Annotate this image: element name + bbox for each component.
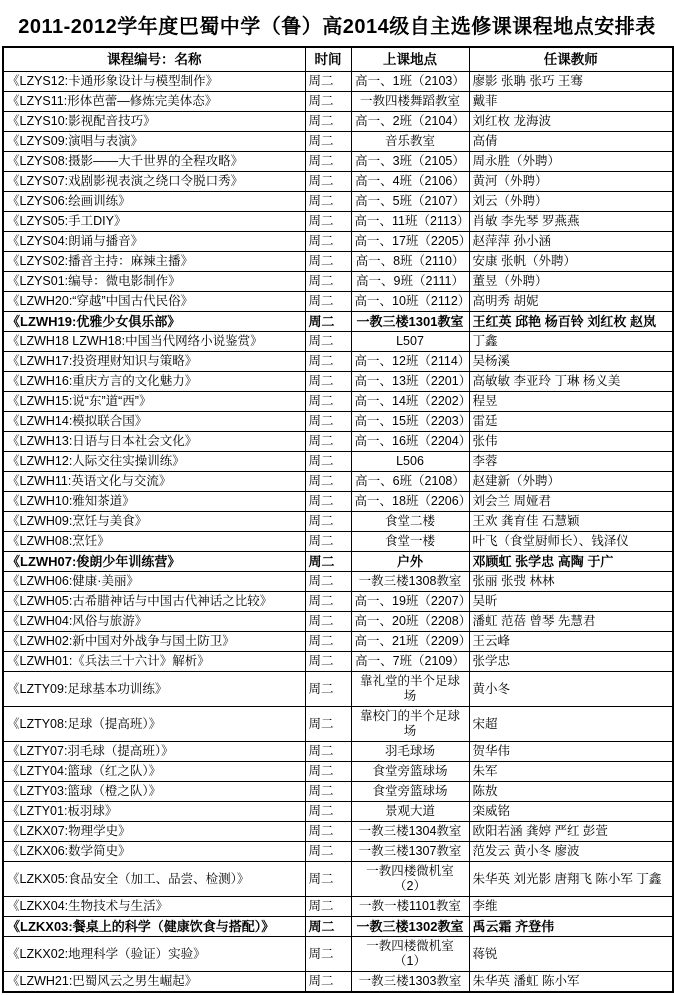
table-row: 《LZWH21:巴蜀风云之男生崛起》周二一教三楼1303教室朱华英 潘虹 陈小军	[3, 972, 673, 993]
course-location-cell: 高一、21班（2209）	[351, 632, 469, 652]
course-time-cell: 周二	[305, 172, 351, 192]
course-teachers-cell: 刘云（外聘）	[469, 192, 673, 212]
course-location-cell: 高一、6班（2108）	[351, 472, 469, 492]
course-location-cell: 羽毛球场	[351, 742, 469, 762]
course-teachers-cell: 周永胜（外聘）	[469, 152, 673, 172]
course-name-cell: 《LZYS09:演唱与表演》	[3, 132, 305, 152]
course-time-cell: 周二	[305, 312, 351, 332]
course-location-cell: 高一、10班（2112）	[351, 292, 469, 312]
course-name-cell: 《LZWH15:说“东”道“西”》	[3, 392, 305, 412]
course-time-cell: 周二	[305, 572, 351, 592]
table-row: 《LZWH04:风俗与旅游》周二高一、20班（2208）潘虹 范蓓 曾琴 先慧君	[3, 612, 673, 632]
course-teachers-cell: 雷廷	[469, 412, 673, 432]
course-location-cell: 户外	[351, 552, 469, 572]
course-time-cell: 周二	[305, 92, 351, 112]
course-name-cell: 《LZKX04:生物技术与生活》	[3, 897, 305, 917]
table-row: 《LZYS07:戏剧影视表演之绕口令脱口秀》周二高一、4班（2106）黄河（外聘…	[3, 172, 673, 192]
course-location-cell: 靠校门的半个足球场	[351, 707, 469, 742]
course-location-cell: 高一、5班（2107）	[351, 192, 469, 212]
table-row: 《LZKX02:地理科学（验证）实验》周二一教四楼微机室（1）蒋锐	[3, 937, 673, 972]
course-name-cell: 《LZWH04:风俗与旅游》	[3, 612, 305, 632]
table-row: 《LZWH01:《兵法三十六计》解析》周二高一、7班（2109）张学忠	[3, 652, 673, 672]
course-time-cell: 周二	[305, 862, 351, 897]
header-location: 上课地点	[351, 47, 469, 72]
course-location-cell: 高一、13班（2201）	[351, 372, 469, 392]
course-teachers-cell: 程昱	[469, 392, 673, 412]
course-teachers-cell: 王欢 龚育佳 石慧颖	[469, 512, 673, 532]
table-row: 《LZKX03:餐桌上的科学（健康饮食与搭配）》周二一教三楼1302教室禹云霜 …	[3, 917, 673, 937]
course-name-cell: 《LZWH02:新中国对外战争与国土防卫》	[3, 632, 305, 652]
table-row: 《LZTY01:板羽球》周二景观大道栾威铭	[3, 802, 673, 822]
course-location-cell: 高一、12班（2114）	[351, 352, 469, 372]
table-row: 《LZYS06:绘画训练》周二高一、5班（2107）刘云（外聘）	[3, 192, 673, 212]
course-teachers-cell: 赵萍萍 孙小涵	[469, 232, 673, 252]
course-location-cell: 高一、11班（2113）	[351, 212, 469, 232]
course-name-cell: 《LZYS05:手工DIY》	[3, 212, 305, 232]
course-name-cell: 《LZTY08:足球（提高班）》	[3, 707, 305, 742]
course-teachers-cell: 贺华伟	[469, 742, 673, 762]
table-row: 《LZWH17:投资理财知识与策略》周二高一、12班（2114）吴杨溪	[3, 352, 673, 372]
course-location-cell: 高一、16班（2204）	[351, 432, 469, 452]
table-row: 《LZYS05:手工DIY》周二高一、11班（2113）肖敏 李先琴 罗燕燕	[3, 212, 673, 232]
course-location-cell: 食堂一楼	[351, 532, 469, 552]
course-time-cell: 周二	[305, 552, 351, 572]
course-time-cell: 周二	[305, 212, 351, 232]
course-teachers-cell: 朱华英 潘虹 陈小军	[469, 972, 673, 993]
course-teachers-cell: 潘虹 范蓓 曾琴 先慧君	[469, 612, 673, 632]
course-location-cell: 一教三楼1303教室	[351, 972, 469, 993]
course-location-cell: 高一、9班（2111）	[351, 272, 469, 292]
course-teachers-cell: 张丽 张弢 林林	[469, 572, 673, 592]
table-row: 《LZWH07:俊朗少年训练营》周二户外邓顾虹 张学忠 高陶 于广	[3, 552, 673, 572]
course-name-cell: 《LZYS07:戏剧影视表演之绕口令脱口秀》	[3, 172, 305, 192]
course-location-cell: 高一、18班（2206）	[351, 492, 469, 512]
course-name-cell: 《LZTY07:羽毛球（提高班）》	[3, 742, 305, 762]
table-row: 《LZWH15:说“东”道“西”》周二高一、14班（2202）程昱	[3, 392, 673, 412]
course-name-cell: 《LZWH19:优雅少女俱乐部》	[3, 312, 305, 332]
course-time-cell: 周二	[305, 412, 351, 432]
header-row: 课程编号：名称 时间 上课地点 任课教师	[3, 47, 673, 72]
course-location-cell: 高一、4班（2106）	[351, 172, 469, 192]
table-row: 《LZWH20:“穿越”中国古代民俗》周二高一、10班（2112）高明秀 胡妮	[3, 292, 673, 312]
course-name-cell: 《LZWH06:健康·美丽》	[3, 572, 305, 592]
course-time-cell: 周二	[305, 742, 351, 762]
course-time-cell: 周二	[305, 592, 351, 612]
course-location-cell: 靠礼堂的半个足球场	[351, 672, 469, 707]
course-name-cell: 《LZKX07:物理学史》	[3, 822, 305, 842]
course-location-cell: 高一、7班（2109）	[351, 652, 469, 672]
table-row: 《LZYS08:摄影——大千世界的全程攻略》周二高一、3班（2105）周永胜（外…	[3, 152, 673, 172]
course-name-cell: 《LZWH18 LZWH18:中国当代网络小说鉴赏》	[3, 332, 305, 352]
course-teachers-cell: 王红英 邱艳 杨百铃 刘红枚 赵岚	[469, 312, 673, 332]
course-teachers-cell: 朱军	[469, 762, 673, 782]
course-time-cell: 周二	[305, 917, 351, 937]
table-row: 《LZWH14:模拟联合国》周二高一、15班（2203）雷廷	[3, 412, 673, 432]
table-row: 《LZWH02:新中国对外战争与国土防卫》周二高一、21班（2209）王云峰	[3, 632, 673, 652]
course-location-cell: 食堂旁篮球场	[351, 762, 469, 782]
header-time: 时间	[305, 47, 351, 72]
course-teachers-cell: 张伟	[469, 432, 673, 452]
course-location-cell: 高一、1班（2103）	[351, 72, 469, 92]
course-teachers-cell: 高明秀 胡妮	[469, 292, 673, 312]
table-row: 《LZYS01:编导：微电影制作》周二高一、9班（2111）董昱（外聘）	[3, 272, 673, 292]
course-time-cell: 周二	[305, 452, 351, 472]
course-time-cell: 周二	[305, 972, 351, 993]
course-teachers-cell: 李维	[469, 897, 673, 917]
course-location-cell: 高一、3班（2105）	[351, 152, 469, 172]
course-name-cell: 《LZYS11:形体芭蕾—修炼完美体态》	[3, 92, 305, 112]
course-time-cell: 周二	[305, 72, 351, 92]
table-row: 《LZWH08:烹饪》周二食堂一楼叶飞（食堂厨师长）、钱泽仪	[3, 532, 673, 552]
table-row: 《LZWH12:人际交往实操训练》周二L506李蓉	[3, 452, 673, 472]
course-time-cell: 周二	[305, 802, 351, 822]
course-teachers-cell: 丁鑫	[469, 332, 673, 352]
course-teachers-cell: 廖影 张聃 张巧 王骞	[469, 72, 673, 92]
table-row: 《LZYS04:朗诵与播音》周二高一、17班（2205）赵萍萍 孙小涵	[3, 232, 673, 252]
course-teachers-cell: 陈敖	[469, 782, 673, 802]
course-name-cell: 《LZKX02:地理科学（验证）实验》	[3, 937, 305, 972]
course-name-cell: 《LZWH12:人际交往实操训练》	[3, 452, 305, 472]
course-location-cell: 一教四楼微机室（2）	[351, 862, 469, 897]
course-time-cell: 周二	[305, 372, 351, 392]
table-row: 《LZTY07:羽毛球（提高班）》周二羽毛球场贺华伟	[3, 742, 673, 762]
course-time-cell: 周二	[305, 352, 351, 372]
course-teachers-cell: 叶飞（食堂厨师长）、钱泽仪	[469, 532, 673, 552]
course-table: 课程编号：名称 时间 上课地点 任课教师 《LZYS12:卡通形象设计与模型制作…	[2, 46, 674, 993]
table-header: 课程编号：名称 时间 上课地点 任课教师	[3, 47, 673, 72]
course-location-cell: 一教三楼1307教室	[351, 842, 469, 862]
table-row: 《LZWH16:重庆方言的文化魅力》周二高一、13班（2201）高敏敏 李亚玲 …	[3, 372, 673, 392]
course-name-cell: 《LZWH17:投资理财知识与策略》	[3, 352, 305, 372]
course-name-cell: 《LZWH07:俊朗少年训练营》	[3, 552, 305, 572]
course-location-cell: 一教三楼1301教室	[351, 312, 469, 332]
course-teachers-cell: 黄河（外聘）	[469, 172, 673, 192]
course-location-cell: 一教一楼1101教室	[351, 897, 469, 917]
course-time-cell: 周二	[305, 897, 351, 917]
course-time-cell: 周二	[305, 707, 351, 742]
course-teachers-cell: 黄小冬	[469, 672, 673, 707]
table-row: 《LZYS02:播音主持：麻辣主播》周二高一、8班（2110）安康 张帆（外聘）	[3, 252, 673, 272]
course-time-cell: 周二	[305, 152, 351, 172]
course-teachers-cell: 李蓉	[469, 452, 673, 472]
table-row: 《LZYS09:演唱与表演》周二音乐教室高倩	[3, 132, 673, 152]
course-time-cell: 周二	[305, 192, 351, 212]
course-teachers-cell: 王云峰	[469, 632, 673, 652]
course-location-cell: 高一、8班（2110）	[351, 252, 469, 272]
course-teachers-cell: 肖敏 李先琴 罗燕燕	[469, 212, 673, 232]
table-row: 《LZKX06:数学简史》周二一教三楼1307教室范发云 黄小冬 廖波	[3, 842, 673, 862]
course-time-cell: 周二	[305, 112, 351, 132]
table-row: 《LZTY08:足球（提高班）》周二靠校门的半个足球场宋超	[3, 707, 673, 742]
table-row: 《LZKX07:物理学史》周二一教三楼1304教室欧阳若涵 龚婷 严红 彭萱	[3, 822, 673, 842]
table-row: 《LZWH13:日语与日本社会文化》周二高一、16班（2204）张伟	[3, 432, 673, 452]
course-name-cell: 《LZWH16:重庆方言的文化魅力》	[3, 372, 305, 392]
course-location-cell: 一教四楼舞蹈教室	[351, 92, 469, 112]
course-teachers-cell: 刘红枚 龙海波	[469, 112, 673, 132]
course-location-cell: 高一、14班（2202）	[351, 392, 469, 412]
course-location-cell: L506	[351, 452, 469, 472]
course-location-cell: 一教三楼1308教室	[351, 572, 469, 592]
course-teachers-cell: 宋超	[469, 707, 673, 742]
course-teachers-cell: 欧阳若涵 龚婷 严红 彭萱	[469, 822, 673, 842]
course-time-cell: 周二	[305, 937, 351, 972]
course-name-cell: 《LZWH11:英语文化与交流》	[3, 472, 305, 492]
table-row: 《LZTY04:篮球（红之队）》周二食堂旁篮球场朱军	[3, 762, 673, 782]
course-location-cell: 高一、2班（2104）	[351, 112, 469, 132]
course-teachers-cell: 吴杨溪	[469, 352, 673, 372]
course-name-cell: 《LZTY04:篮球（红之队）》	[3, 762, 305, 782]
course-name-cell: 《LZKX03:餐桌上的科学（健康饮食与搭配）》	[3, 917, 305, 937]
course-location-cell: 食堂旁篮球场	[351, 782, 469, 802]
course-time-cell: 周二	[305, 652, 351, 672]
course-teachers-cell: 栾威铭	[469, 802, 673, 822]
course-time-cell: 周二	[305, 332, 351, 352]
table-row: 《LZYS10:影视配音技巧》周二高一、2班（2104）刘红枚 龙海波	[3, 112, 673, 132]
table-row: 《LZTY03:篮球（橙之队）》周二食堂旁篮球场陈敖	[3, 782, 673, 802]
course-time-cell: 周二	[305, 762, 351, 782]
course-teachers-cell: 邓顾虹 张学忠 高陶 于广	[469, 552, 673, 572]
course-time-cell: 周二	[305, 532, 351, 552]
course-name-cell: 《LZWH09:烹饪与美食》	[3, 512, 305, 532]
course-time-cell: 周二	[305, 272, 351, 292]
course-schedule-document: 2011-2012学年度巴蜀中学（鲁）高2014级自主选修课课程地点安排表 课程…	[0, 0, 674, 995]
table-body: 《LZYS12:卡通形象设计与模型制作》周二高一、1班（2103）廖影 张聃 张…	[3, 72, 673, 993]
course-time-cell: 周二	[305, 392, 351, 412]
table-row: 《LZKX04:生物技术与生活》周二一教一楼1101教室李维	[3, 897, 673, 917]
course-name-cell: 《LZWH14:模拟联合国》	[3, 412, 305, 432]
course-location-cell: 高一、19班（2207）	[351, 592, 469, 612]
course-name-cell: 《LZYS06:绘画训练》	[3, 192, 305, 212]
course-name-cell: 《LZTY03:篮球（橙之队）》	[3, 782, 305, 802]
course-time-cell: 周二	[305, 842, 351, 862]
course-teachers-cell: 高倩	[469, 132, 673, 152]
table-row: 《LZWH19:优雅少女俱乐部》周二一教三楼1301教室王红英 邱艳 杨百铃 刘…	[3, 312, 673, 332]
course-location-cell: 高一、17班（2205）	[351, 232, 469, 252]
course-name-cell: 《LZWH21:巴蜀风云之男生崛起》	[3, 972, 305, 993]
course-time-cell: 周二	[305, 822, 351, 842]
course-name-cell: 《LZWH08:烹饪》	[3, 532, 305, 552]
course-name-cell: 《LZWH13:日语与日本社会文化》	[3, 432, 305, 452]
course-name-cell: 《LZYS12:卡通形象设计与模型制作》	[3, 72, 305, 92]
header-teacher: 任课教师	[469, 47, 673, 72]
course-teachers-cell: 董昱（外聘）	[469, 272, 673, 292]
table-row: 《LZWH09:烹饪与美食》周二食堂二楼王欢 龚育佳 石慧颖	[3, 512, 673, 532]
course-name-cell: 《LZYS01:编导：微电影制作》	[3, 272, 305, 292]
course-teachers-cell: 蒋锐	[469, 937, 673, 972]
course-time-cell: 周二	[305, 472, 351, 492]
course-name-cell: 《LZYS04:朗诵与播音》	[3, 232, 305, 252]
course-name-cell: 《LZKX05:食品安全（加工、品尝、检测）》	[3, 862, 305, 897]
course-location-cell: 食堂二楼	[351, 512, 469, 532]
course-teachers-cell: 安康 张帆（外聘）	[469, 252, 673, 272]
course-time-cell: 周二	[305, 512, 351, 532]
table-row: 《LZYS12:卡通形象设计与模型制作》周二高一、1班（2103）廖影 张聃 张…	[3, 72, 673, 92]
course-location-cell: 高一、15班（2203）	[351, 412, 469, 432]
course-name-cell: 《LZKX06:数学简史》	[3, 842, 305, 862]
course-location-cell: 音乐教室	[351, 132, 469, 152]
course-location-cell: 一教三楼1302教室	[351, 917, 469, 937]
course-location-cell: 高一、20班（2208）	[351, 612, 469, 632]
course-teachers-cell: 高敏敏 李亚玲 丁琳 杨义美	[469, 372, 673, 392]
course-name-cell: 《LZYS10:影视配音技巧》	[3, 112, 305, 132]
course-name-cell: 《LZTY09:足球基本功训练》	[3, 672, 305, 707]
course-teachers-cell: 吴昕	[469, 592, 673, 612]
course-teachers-cell: 赵建新（外聘）	[469, 472, 673, 492]
course-name-cell: 《LZWH01:《兵法三十六计》解析》	[3, 652, 305, 672]
course-time-cell: 周二	[305, 432, 351, 452]
course-time-cell: 周二	[305, 292, 351, 312]
table-row: 《LZWH18 LZWH18:中国当代网络小说鉴赏》周二L507丁鑫	[3, 332, 673, 352]
course-time-cell: 周二	[305, 492, 351, 512]
course-time-cell: 周二	[305, 672, 351, 707]
course-teachers-cell: 戴菲	[469, 92, 673, 112]
course-location-cell: 景观大道	[351, 802, 469, 822]
course-name-cell: 《LZTY01:板羽球》	[3, 802, 305, 822]
table-row: 《LZYS11:形体芭蕾—修炼完美体态》周二一教四楼舞蹈教室戴菲	[3, 92, 673, 112]
course-time-cell: 周二	[305, 612, 351, 632]
course-teachers-cell: 张学忠	[469, 652, 673, 672]
course-location-cell: L507	[351, 332, 469, 352]
table-row: 《LZKX05:食品安全（加工、品尝、检测）》周二一教四楼微机室（2）朱华英 刘…	[3, 862, 673, 897]
table-row: 《LZTY09:足球基本功训练》周二靠礼堂的半个足球场黄小冬	[3, 672, 673, 707]
course-teachers-cell: 禹云霜 齐登伟	[469, 917, 673, 937]
course-time-cell: 周二	[305, 132, 351, 152]
table-row: 《LZWH06:健康·美丽》周二一教三楼1308教室张丽 张弢 林林	[3, 572, 673, 592]
header-course-name: 课程编号：名称	[3, 47, 305, 72]
course-name-cell: 《LZYS02:播音主持：麻辣主播》	[3, 252, 305, 272]
course-time-cell: 周二	[305, 252, 351, 272]
table-row: 《LZWH11:英语文化与交流》周二高一、6班（2108）赵建新（外聘）	[3, 472, 673, 492]
course-teachers-cell: 刘会兰 周娅君	[469, 492, 673, 512]
course-time-cell: 周二	[305, 232, 351, 252]
course-name-cell: 《LZWH20:“穿越”中国古代民俗》	[3, 292, 305, 312]
course-teachers-cell: 范发云 黄小冬 廖波	[469, 842, 673, 862]
table-row: 《LZWH10:雅知茶道》周二高一、18班（2206）刘会兰 周娅君	[3, 492, 673, 512]
course-location-cell: 一教四楼微机室（1）	[351, 937, 469, 972]
course-time-cell: 周二	[305, 782, 351, 802]
course-name-cell: 《LZYS08:摄影——大千世界的全程攻略》	[3, 152, 305, 172]
course-name-cell: 《LZWH10:雅知茶道》	[3, 492, 305, 512]
course-location-cell: 一教三楼1304教室	[351, 822, 469, 842]
course-teachers-cell: 朱华英 刘光影 唐翔飞 陈小军 丁鑫	[469, 862, 673, 897]
page-title: 2011-2012学年度巴蜀中学（鲁）高2014级自主选修课课程地点安排表	[2, 10, 672, 39]
course-time-cell: 周二	[305, 632, 351, 652]
course-name-cell: 《LZWH05:古希腊神话与中国古代神话之比较》	[3, 592, 305, 612]
table-row: 《LZWH05:古希腊神话与中国古代神话之比较》周二高一、19班（2207）吴昕	[3, 592, 673, 612]
